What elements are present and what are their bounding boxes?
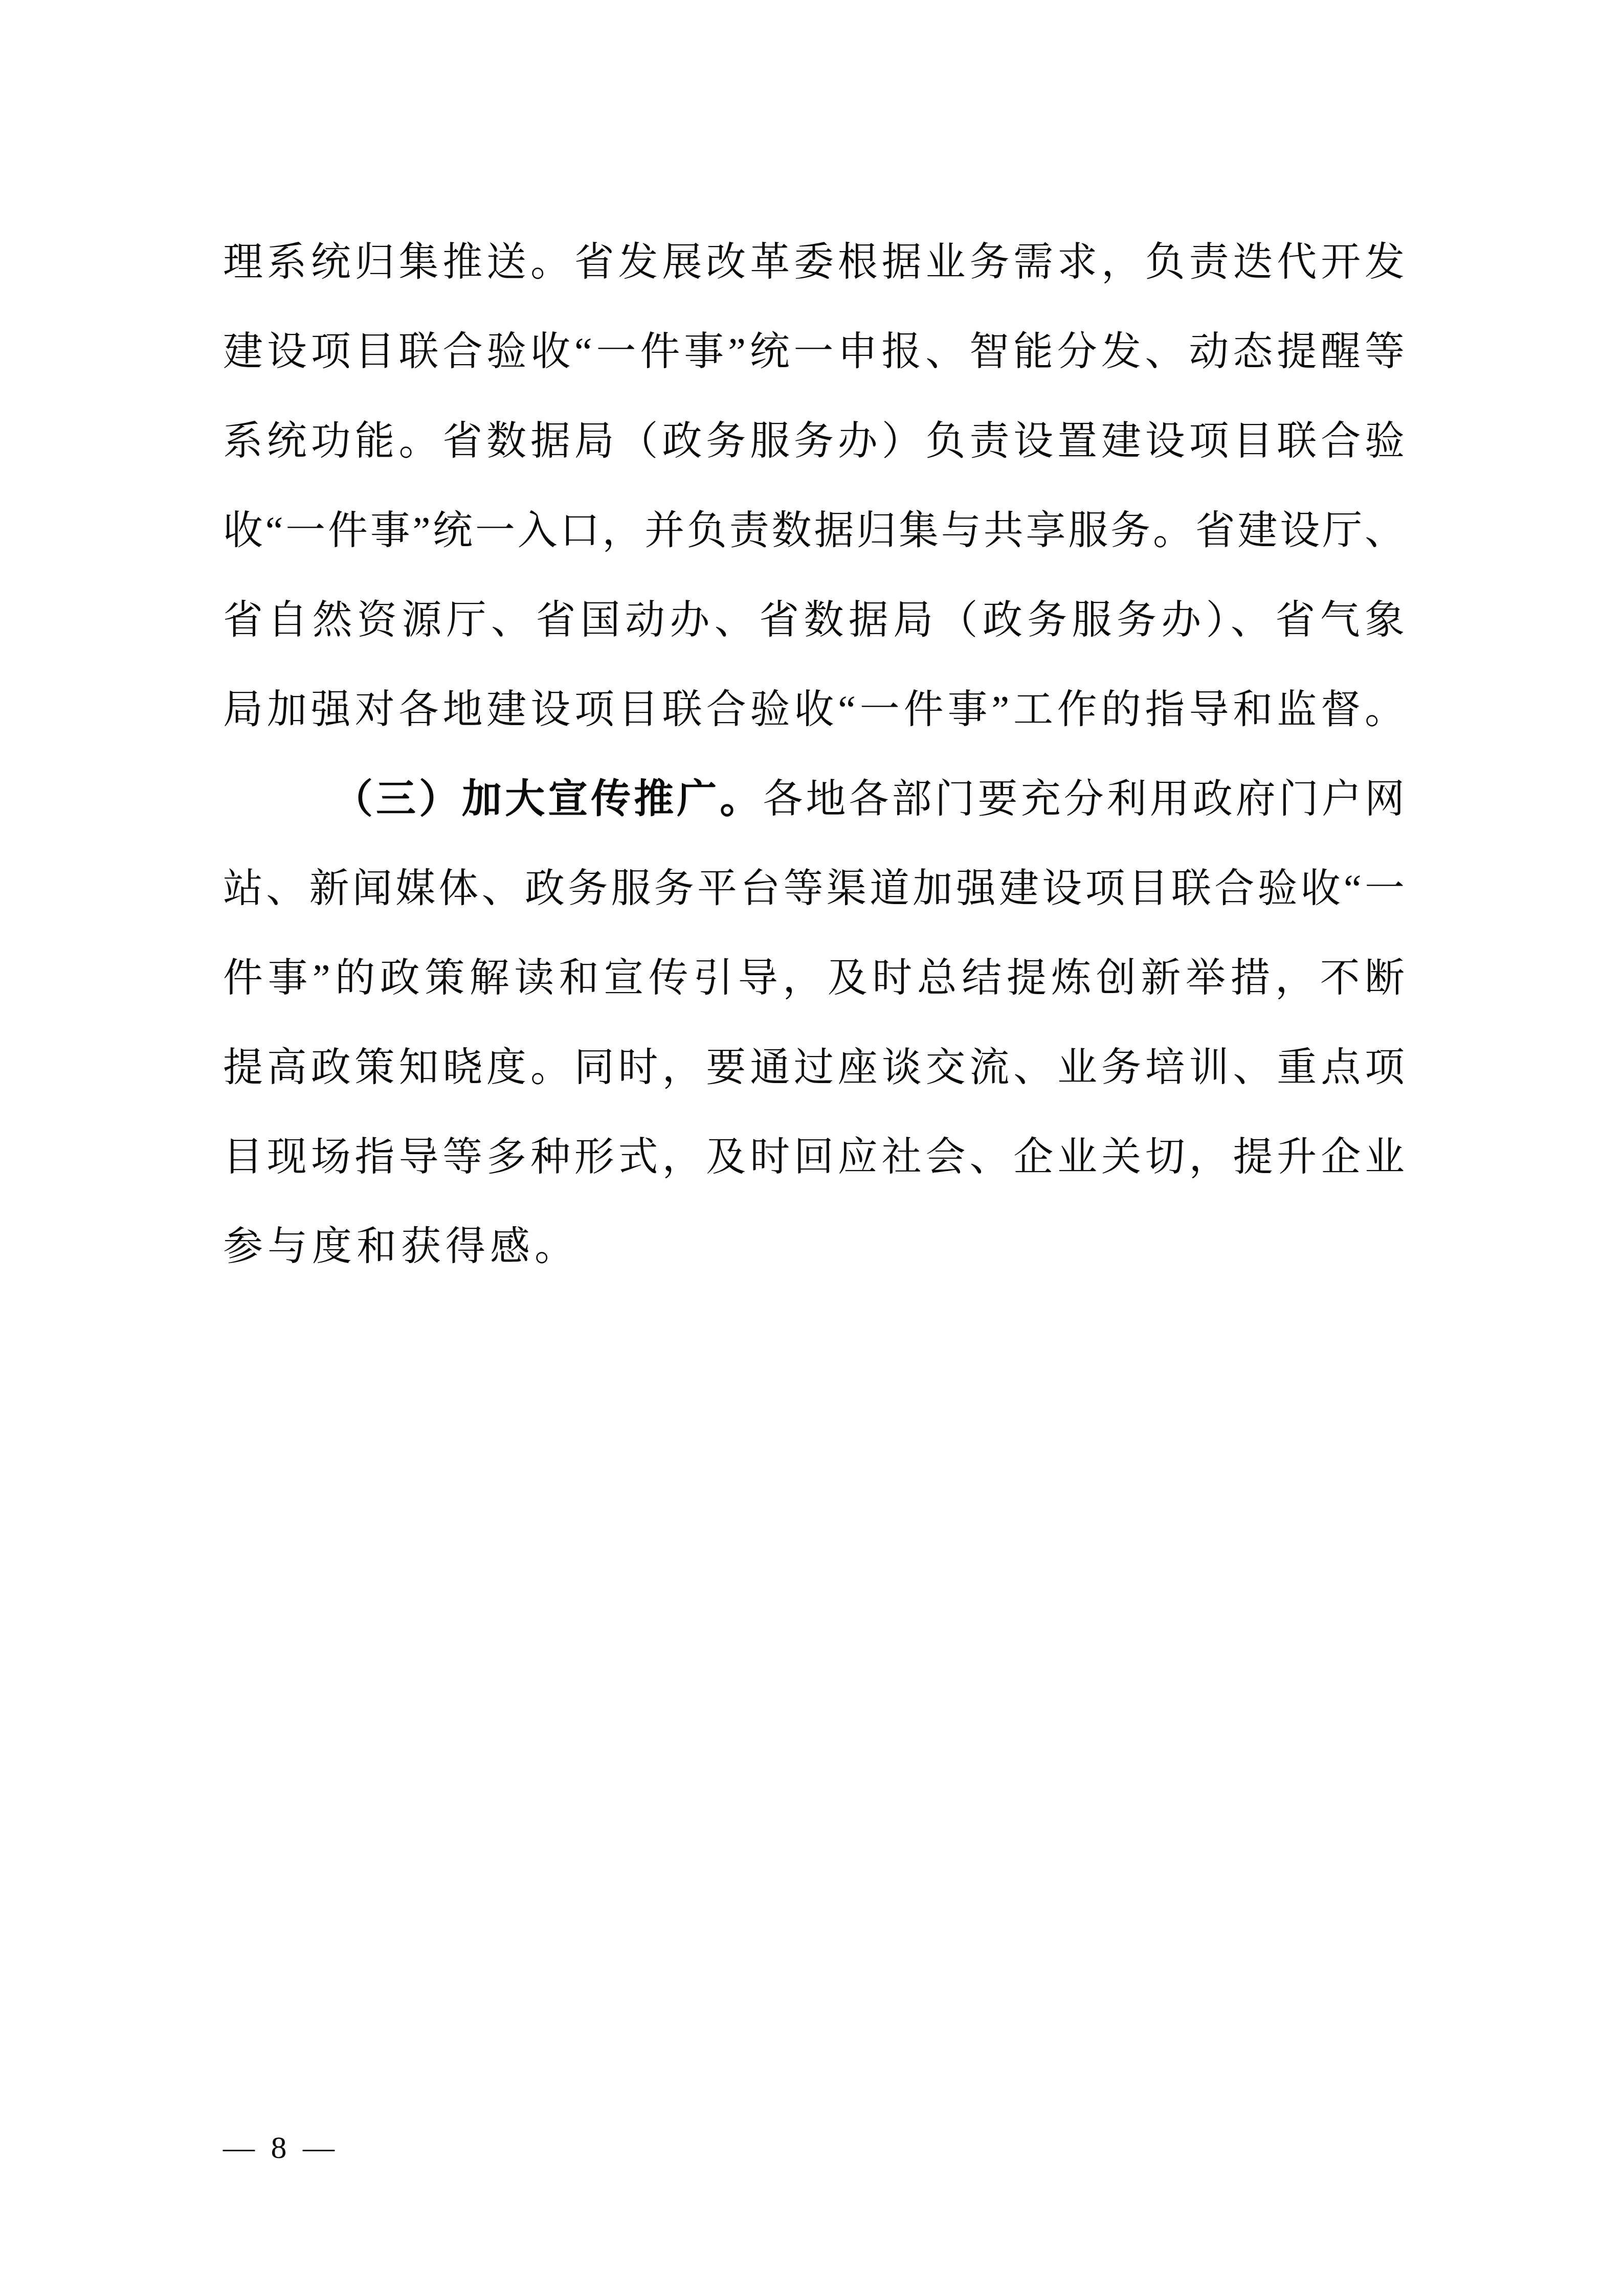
body-line-11: 目现场指导等多种形式，及时回应社会、企业关切，提升企业 bbox=[223, 1112, 1406, 1202]
body-line-5: 省自然资源厅、省国动办、省数据局（政务服务办）、省气象 bbox=[223, 575, 1406, 665]
body-line-6: 局加强对各地建设项目联合验收“一件事”工作的指导和监督。 bbox=[223, 665, 1406, 754]
paragraph-text: 建设项目联合验收“一件事”统一申报、智能分发、动态提醒等 bbox=[223, 329, 1406, 374]
paragraph-text: 件事”的政策解读和宣传引导，及时总结提炼创新举措，不断 bbox=[223, 956, 1406, 1000]
body-text: 理系统归集推送。省发展改革委根据业务需求，负责迭代开发建设项目联合验收“一件事”… bbox=[223, 217, 1406, 1291]
page-footer: — 8 — bbox=[223, 2122, 339, 2173]
body-line-2: 建设项目联合验收“一件事”统一申报、智能分发、动态提醒等 bbox=[223, 307, 1406, 396]
paragraph-text: 理系统归集推送。省发展改革委根据业务需求，负责迭代开发 bbox=[223, 240, 1406, 284]
body-line-7: （三）加大宣传推广。各地各部门要充分利用政府门户网 bbox=[223, 754, 1406, 844]
page-number: — 8 — bbox=[223, 2130, 339, 2165]
paragraph-text: 局加强对各地建设项目联合验收“一件事”工作的指导和监督。 bbox=[223, 687, 1406, 732]
paragraph-text: 提高政策知晓度。同时，要通过座谈交流、业务培训、重点项 bbox=[223, 1045, 1406, 1090]
paragraph-heading: （三）加大宣传推广。 bbox=[333, 777, 763, 821]
paragraph-text: 参与度和获得感。 bbox=[223, 1224, 579, 1269]
body-line-1: 理系统归集推送。省发展改革委根据业务需求，负责迭代开发 bbox=[223, 217, 1406, 307]
paragraph-text: 各地各部门要充分利用政府门户网 bbox=[763, 777, 1406, 821]
paragraph-text: 目现场指导等多种形式，及时回应社会、企业关切，提升企业 bbox=[223, 1135, 1406, 1179]
body-line-8: 站、新闻媒体、政务服务平台等渠道加强建设项目联合验收“一 bbox=[223, 844, 1406, 933]
document-page: 理系统归集推送。省发展改革委根据业务需求，负责迭代开发建设项目联合验收“一件事”… bbox=[0, 0, 1624, 2296]
paragraph-text: 站、新闻媒体、政务服务平台等渠道加强建设项目联合验收“一 bbox=[223, 866, 1406, 911]
body-line-12: 参与度和获得感。 bbox=[223, 1202, 1406, 1291]
paragraph-text: 收“一件事”统一入口，并负责数据归集与共享服务。省建设厅、 bbox=[223, 508, 1406, 553]
body-line-3: 系统功能。省数据局（政务服务办）负责设置建设项目联合验 bbox=[223, 396, 1406, 486]
paragraph-text: 系统功能。省数据局（政务服务办）负责设置建设项目联合验 bbox=[223, 419, 1406, 463]
body-line-4: 收“一件事”统一入口，并负责数据归集与共享服务。省建设厅、 bbox=[223, 486, 1406, 575]
body-line-10: 提高政策知晓度。同时，要通过座谈交流、业务培训、重点项 bbox=[223, 1023, 1406, 1112]
body-line-9: 件事”的政策解读和宣传引导，及时总结提炼创新举措，不断 bbox=[223, 933, 1406, 1023]
paragraph-text: 省自然资源厅、省国动办、省数据局（政务服务办）、省气象 bbox=[223, 598, 1406, 642]
